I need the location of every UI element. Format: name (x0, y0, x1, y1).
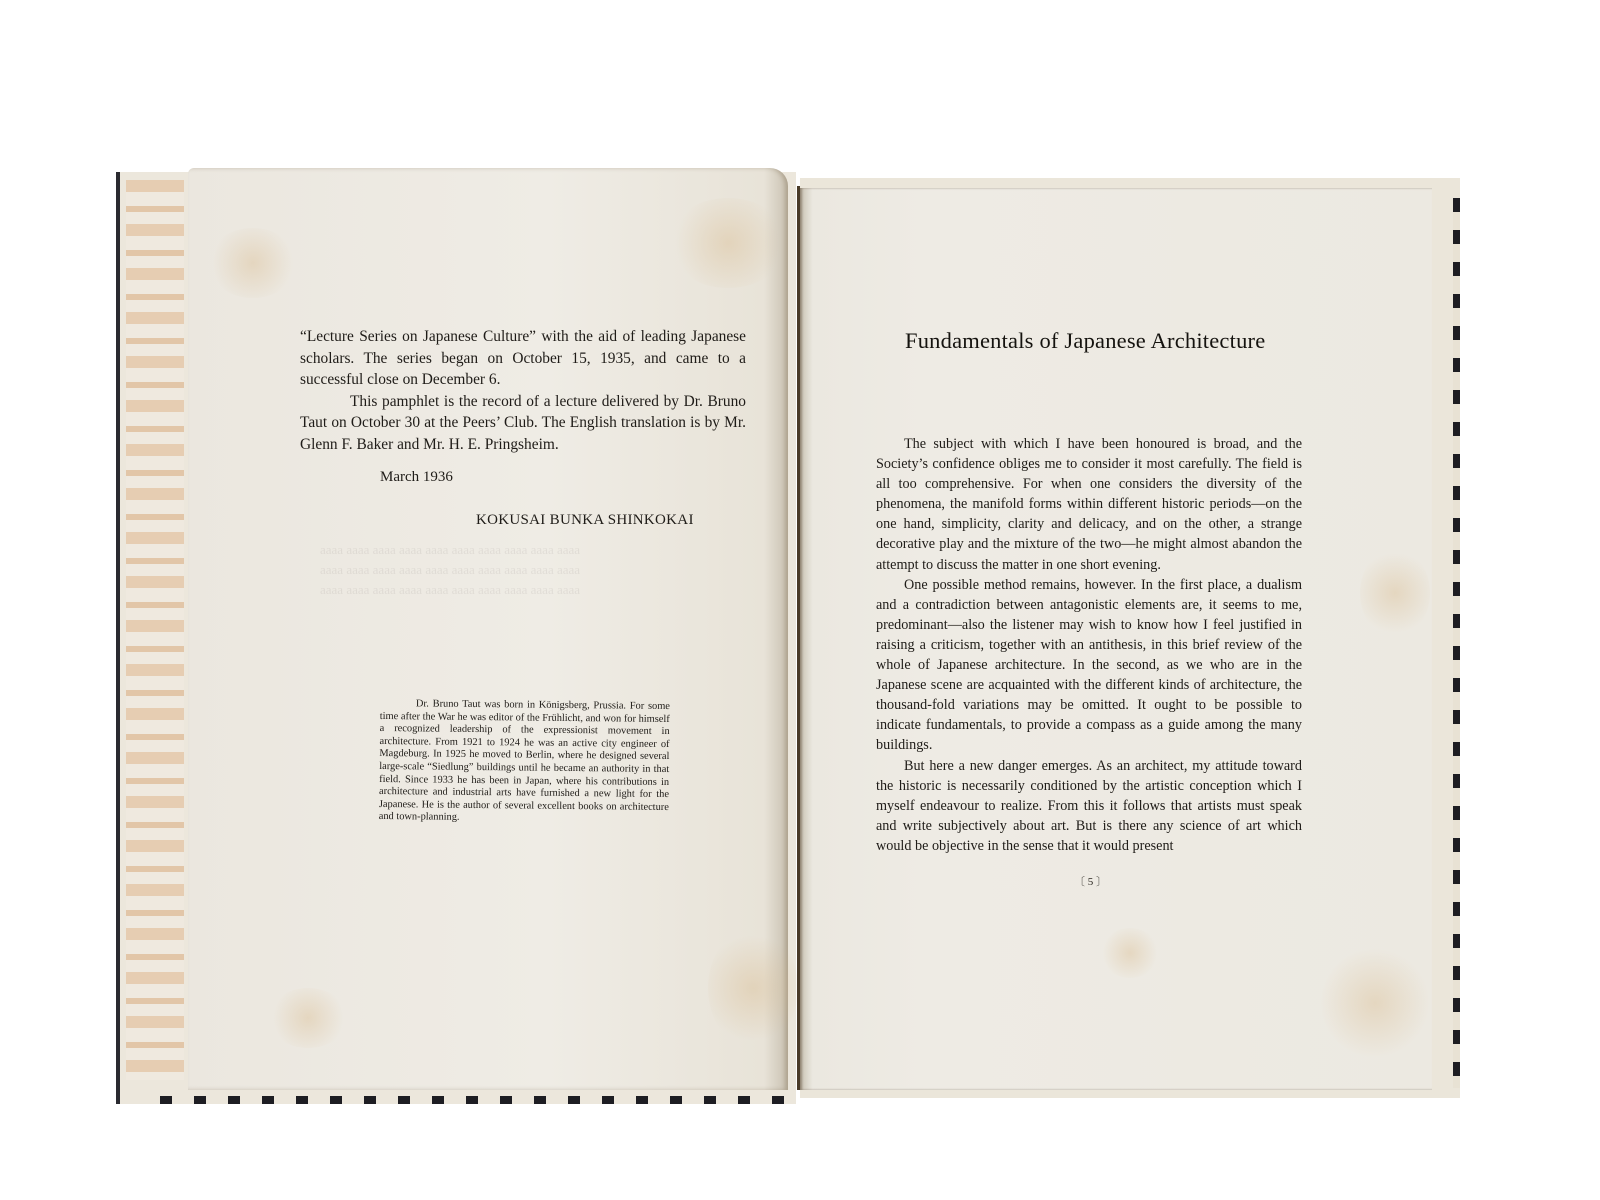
right-page-body: The subject with which I have been honou… (876, 434, 1302, 856)
paper-stain (708, 928, 798, 1048)
paper-stain (1360, 548, 1430, 638)
page-number: 〔 5 〕 (1074, 873, 1107, 889)
pamphlet-paragraph: This pamphlet is the record of a lecture… (300, 391, 746, 456)
cover-edge-dashes (160, 1096, 796, 1104)
paper-stain (668, 198, 788, 288)
chapter-title: Fundamentals of Japanese Architecture (905, 328, 1265, 354)
author-bio-note: Dr. Bruno Taut was born in Königsberg, P… (379, 698, 670, 827)
body-paragraph: But here a new danger emerges. As an arc… (876, 756, 1302, 856)
bio-paragraph: Dr. Bruno Taut was born in Königsberg, P… (379, 698, 670, 827)
left-page-body: “Lecture Series on Japanese Culture” wit… (300, 326, 746, 455)
body-paragraph: One possible method remains, however. In… (876, 575, 1302, 756)
publisher-name: KOKUSAI BUNKA SHINKOKAI (476, 512, 694, 529)
body-paragraph: The subject with which I have been honou… (876, 434, 1302, 575)
intro-paragraph: “Lecture Series on Japanese Culture” wit… (300, 326, 746, 391)
left-page (188, 168, 788, 1090)
paper-stain (1320, 948, 1430, 1058)
book-gutter (797, 186, 800, 1090)
paper-stain (1100, 928, 1160, 978)
cover-edge-dashes (1453, 198, 1460, 1088)
striped-cover-pattern (126, 180, 184, 1080)
publication-date: March 1936 (380, 469, 453, 486)
paper-stain (268, 988, 348, 1048)
paper-stain (208, 228, 298, 298)
